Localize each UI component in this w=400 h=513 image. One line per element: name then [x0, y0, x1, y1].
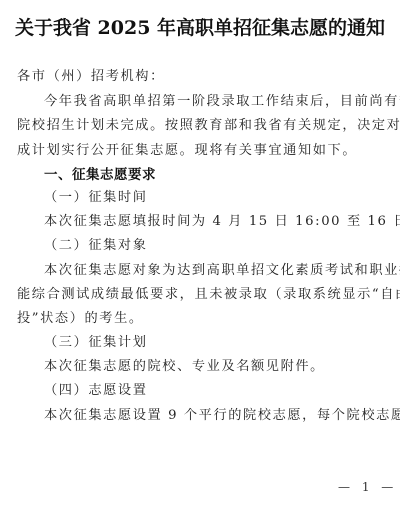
subsection-target-line-1: 本次征集志愿对象为达到高职单招文化素质考试和职业技	[0, 261, 400, 281]
subsection-target-line-3: 投”状态）的考生。	[0, 309, 400, 329]
subsection-time-text: 本次征集志愿填报时间为 4 月 15 日 16:00 至 16 日 14:00 …	[0, 212, 400, 232]
intro-paragraph-line-2: 院校招生计划未完成。按照教育部和我省有关规定，决定对未完	[0, 116, 400, 136]
subsection-settings-text: 本次征集志愿设置 9 个平行的院校志愿，每个院校志愿内设	[0, 406, 400, 426]
intro-paragraph-line-1: 今年我省高职单招第一阶段录取工作结束后，目前尚有部分	[0, 92, 400, 112]
subsection-plan-text: 本次征集志愿的院校、专业及名额见附件。	[0, 357, 400, 377]
section-heading-1: 一、征集志愿要求	[0, 165, 400, 185]
subsection-heading-target: （二）征集对象	[0, 236, 400, 256]
subsection-target-line-2: 能综合测试成绩最低要求，且未被录取（录取系统显示“自由可	[0, 285, 400, 305]
subsection-heading-plan: （三）征集计划	[0, 333, 400, 353]
intro-paragraph-line-3: 成计划实行公开征集志愿。现将有关事宜通知如下。	[0, 141, 400, 161]
page-number: — 1 —	[338, 480, 397, 494]
document-title: 关于我省 2025 年高职单招征集志愿的通知	[0, 14, 400, 42]
subsection-heading-time: （一）征集时间	[0, 188, 400, 208]
salutation: 各市（州）招考机构：	[0, 67, 400, 87]
subsection-heading-settings: （四）志愿设置	[0, 381, 400, 401]
